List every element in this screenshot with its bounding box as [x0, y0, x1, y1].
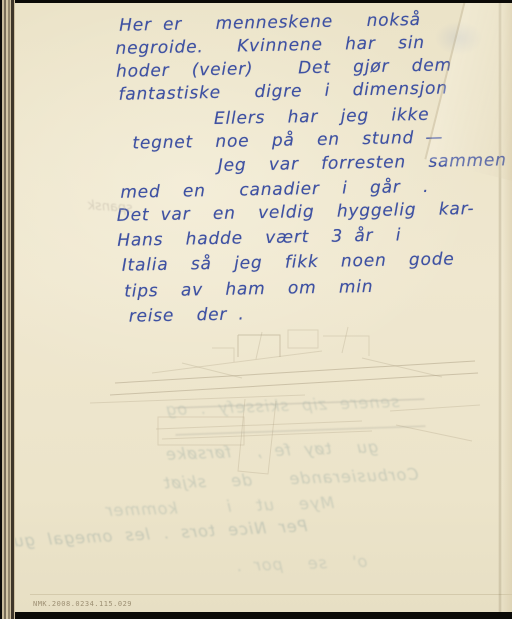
handwriting-line: tegnet noe på en stund — [132, 128, 443, 154]
handwriting-line: negroide. Kvinnene har sin [115, 33, 425, 59]
bleedthrough-line: senere zip skissefy . og [165, 392, 400, 419]
handwriting-line: Hans hadde vært 3 år i [117, 225, 401, 250]
bleedthrough-line: gu tøy fe , førsøke [165, 437, 379, 463]
handwriting-block: Her er menneskene nokså negroide. Kvinne… [15, 3, 512, 348]
accession-number: NMK.2008.0234.115.029 [33, 600, 132, 608]
scanned-page-photo: Her er menneskene nokså negroide. Kvinne… [0, 0, 512, 619]
page-bottom-shadow [30, 594, 512, 595]
bleedthrough-strike-lines [175, 399, 426, 436]
bleedthrough-line: Mye ut i kommer [105, 493, 335, 520]
handwriting-line: Ellers har jeg ikke [214, 105, 430, 129]
handwriting-line: hoder (veier) Det gjør dem [116, 55, 452, 81]
handwriting-line: med en canadier i går . [120, 177, 429, 203]
pencil-ship-sketch [60, 321, 510, 491]
bleedthrough-line: Per Nice tors . les omegal gut [15, 516, 308, 551]
bleedthrough-line: o' se por . [235, 552, 368, 576]
handwriting-line: Italia så jeg fikk noen gode [122, 249, 455, 275]
handwriting-line: tips av ham om min [124, 277, 373, 302]
bleedthrough-line: Corbusierande de skjøt [163, 465, 419, 493]
handwriting-line: Det var en veldig hyggelig kar- [117, 199, 475, 226]
handwriting-line: reise der . [129, 304, 245, 326]
handwriting-line: Jeg var forresten sammen [218, 150, 507, 176]
handwriting-line: fantastiske digre i dimensjon [118, 78, 448, 104]
notebook-page: Her er menneskene nokså negroide. Kvinne… [15, 3, 512, 612]
handwriting-line: Her er menneskene nokså [119, 10, 421, 36]
book-page-edges [0, 0, 15, 619]
